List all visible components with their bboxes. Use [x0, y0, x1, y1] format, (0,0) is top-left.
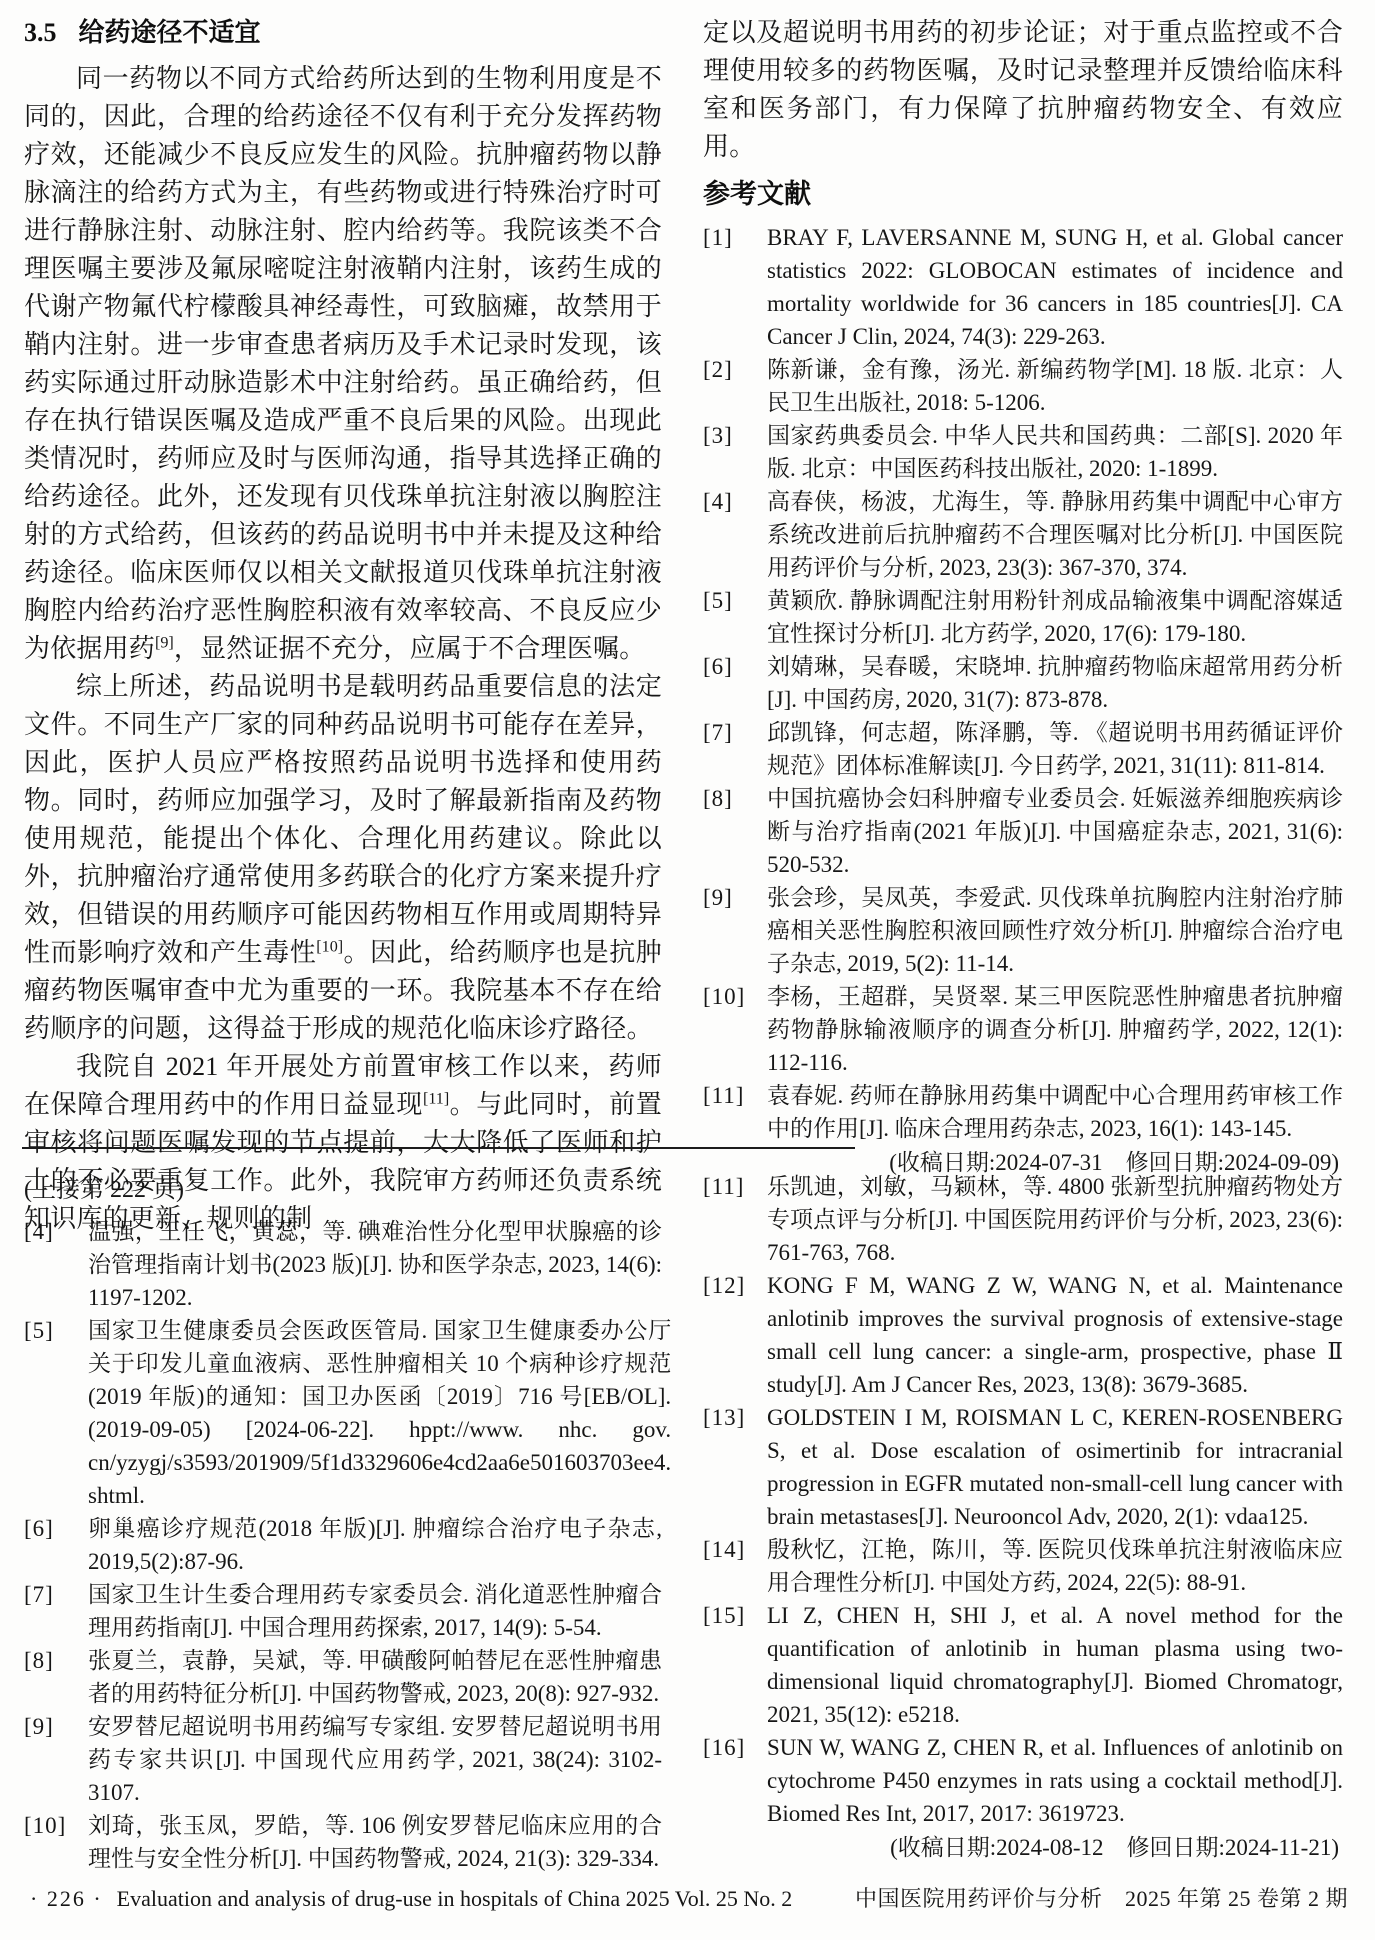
reference-number: [7] — [24, 1578, 88, 1611]
reference-item: [10]刘琦，张玉凤，罗皓，等. 106 例安罗替尼临床应用的合理性与安全性分析… — [24, 1809, 662, 1875]
reference-number: [1] — [703, 221, 767, 254]
reference-text: 李杨，王超群，吴贤翠. 某三甲医院恶性肿瘤患者抗肿瘤药物静脉输液顺序的调查分析[… — [767, 980, 1343, 1079]
reference-number: [5] — [703, 584, 767, 617]
body-paragraph: 综上所述，药品说明书是载明药品重要信息的法定文件。不同生产厂家的同种药品说明书可… — [24, 668, 662, 1048]
reference-text: KONG F M, WANG Z W, WANG N, et al. Maint… — [767, 1269, 1343, 1401]
reference-number: [16] — [703, 1731, 767, 1764]
reference-text: 刘琦，张玉凤，罗皓，等. 106 例安罗替尼临床应用的合理性与安全性分析[J].… — [88, 1809, 662, 1875]
chinese-running-title: 中国医院用药评价与分析 2025 年第 25 卷第 2 期 — [855, 1884, 1348, 1914]
reference-text: LI Z, CHEN H, SHI J, et al. A novel meth… — [767, 1599, 1343, 1731]
references-list: [1]BRAY F, LAVERSANNE M, SUNG H, et al. … — [703, 221, 1343, 1145]
reference-text: 国家卫生健康委员会医政医管局. 国家卫生健康委办公厅关于印发儿童血液病、恶性肿瘤… — [88, 1314, 671, 1512]
reference-item: [11]乐凯迪，刘敏，马颖林，等. 4800 张新型抗肿瘤药物处方专项点评与分析… — [703, 1170, 1343, 1269]
section-number: 3.5 — [24, 18, 57, 47]
reference-text: 刘婧琳，吴春暖，宋晓坤. 抗肿瘤药物临床超常用药分析[J]. 中国药房, 202… — [767, 650, 1343, 716]
continued-from-note: (上接第 222 页) — [24, 1172, 662, 1208]
reference-number: [11] — [703, 1170, 767, 1203]
footer-left: · 226 ·Evaluation and analysis of drug-u… — [30, 1884, 792, 1914]
reference-item: [6]卵巢癌诊疗规范(2018 年版)[J]. 肿瘤综合治疗电子杂志, 2019… — [24, 1512, 662, 1578]
body-paragraph: 同一药物以不同方式给药所达到的生物利用度是不同的，因此，合理的给药途径不仅有利于… — [24, 60, 662, 668]
reference-text: 国家药典委员会. 中华人民共和国药典：二部[S]. 2020 年版. 北京：中国… — [767, 419, 1343, 485]
reference-item: [6]刘婧琳，吴春暖，宋晓坤. 抗肿瘤药物临床超常用药分析[J]. 中国药房, … — [703, 650, 1343, 716]
reference-text: GOLDSTEIN I M, ROISMAN L C, KEREN-ROSENB… — [767, 1401, 1343, 1533]
article-overflow-paragraph: 定以及超说明书用药的初步论证；对于重点监控或不合理使用较多的药物医嘱，及时记录整… — [703, 14, 1343, 166]
reference-item: [14]殷秋忆，江艳，陈川，等. 医院贝伐珠单抗注射液临床应用合理性分析[J].… — [703, 1533, 1343, 1599]
reference-number: [10] — [703, 980, 767, 1013]
reference-item: [5]黄颖欣. 静脉调配注射用粉针剂成品输液集中调配溶媒适宜性探讨分析[J]. … — [703, 584, 1343, 650]
reference-number: [8] — [703, 782, 767, 815]
reference-number: [3] — [703, 419, 767, 452]
reference-item: [4]温强，王任飞，黄蕊，等. 碘难治性分化型甲状腺癌的诊治管理指南计划书(20… — [24, 1215, 662, 1314]
reference-number: [9] — [24, 1710, 88, 1743]
reference-item: [10]李杨，王超群，吴贤翠. 某三甲医院恶性肿瘤患者抗肿瘤药物静脉输液顺序的调… — [703, 980, 1343, 1079]
reference-text: BRAY F, LAVERSANNE M, SUNG H, et al. Glo… — [767, 221, 1343, 353]
reference-text: 卵巢癌诊疗规范(2018 年版)[J]. 肿瘤综合治疗电子杂志, 2019,5(… — [88, 1512, 662, 1578]
reference-text: 袁春妮. 药师在静脉用药集中调配中心合理用药审核工作中的作用[J]. 临床合理用… — [767, 1079, 1343, 1145]
references-heading: 参考文献 — [703, 174, 1343, 214]
reference-item: [2]陈新谦，金有豫，汤光. 新编药物学[M]. 18 版. 北京：人民卫生出版… — [703, 353, 1343, 419]
page-footer: · 226 ·Evaluation and analysis of drug-u… — [30, 1884, 1348, 1914]
continued-received-revised-dates: (收稿日期:2024-08-12 修回日期:2024-11-21) — [703, 1831, 1343, 1865]
reference-text: 张会珍，吴凤英，李爱武. 贝伐珠单抗胸腔内注射治疗肺癌相关恶性胸腔积液回顾性疗效… — [767, 881, 1343, 980]
reference-item: [4]高春侠，杨波，尤海生，等. 静脉用药集中调配中心审方系统改进前后抗肿瘤药不… — [703, 485, 1343, 584]
continued-references-right: [11]乐凯迪，刘敏，马颖林，等. 4800 张新型抗肿瘤药物处方专项点评与分析… — [703, 1170, 1343, 1830]
continued-right-column: [11]乐凯迪，刘敏，马颖林，等. 4800 张新型抗肿瘤药物处方专项点评与分析… — [703, 1170, 1343, 1865]
reference-text: 黄颖欣. 静脉调配注射用粉针剂成品输液集中调配溶媒适宜性探讨分析[J]. 北方药… — [767, 584, 1343, 650]
reference-number: [6] — [703, 650, 767, 683]
reference-item: [11]袁春妮. 药师在静脉用药集中调配中心合理用药审核工作中的作用[J]. 临… — [703, 1079, 1343, 1145]
reference-number: [2] — [703, 353, 767, 386]
section-heading: 3.5给药途径不适宜 — [24, 14, 662, 51]
journal-page: 3.5给药途径不适宜 同一药物以不同方式给药所达到的生物利用度是不同的，因此，合… — [0, 0, 1375, 1940]
english-running-title: Evaluation and analysis of drug-use in h… — [117, 1886, 793, 1911]
reference-number: [10] — [24, 1809, 88, 1842]
reference-number: [4] — [703, 485, 767, 518]
reference-item: [12]KONG F M, WANG Z W, WANG N, et al. M… — [703, 1269, 1343, 1401]
reference-text: 邱凯锋，何志超，陈泽鹏，等. 《超说明书用药循证评价规范》团体标准解读[J]. … — [767, 716, 1343, 782]
reference-item: [9]张会珍，吴凤英，李爱武. 贝伐珠单抗胸腔内注射治疗肺癌相关恶性胸腔积液回顾… — [703, 881, 1343, 980]
reference-number: [7] — [703, 716, 767, 749]
article-right-column: 定以及超说明书用药的初步论证；对于重点监控或不合理使用较多的药物医嘱，及时记录整… — [703, 14, 1343, 1180]
reference-text: 国家卫生计生委合理用药专家委员会. 消化道恶性肿瘤合理用药指南[J]. 中国合理… — [88, 1578, 662, 1644]
reference-item: [16]SUN W, WANG Z, CHEN R, et al. Influe… — [703, 1731, 1343, 1830]
continued-left-column: (上接第 222 页) [4]温强，王任飞，黄蕊，等. 碘难治性分化型甲状腺癌的… — [24, 1172, 662, 1875]
reference-text: SUN W, WANG Z, CHEN R, et al. Influences… — [767, 1731, 1343, 1830]
reference-item: [9]安罗替尼超说明书用药编写专家组. 安罗替尼超说明书用药专家共识[J]. 中… — [24, 1710, 662, 1809]
reference-item: [15]LI Z, CHEN H, SHI J, et al. A novel … — [703, 1599, 1343, 1731]
reference-text: 陈新谦，金有豫，汤光. 新编药物学[M]. 18 版. 北京：人民卫生出版社, … — [767, 353, 1343, 419]
reference-item: [1]BRAY F, LAVERSANNE M, SUNG H, et al. … — [703, 221, 1343, 353]
reference-number: [14] — [703, 1533, 767, 1566]
reference-text: 高春侠，杨波，尤海生，等. 静脉用药集中调配中心审方系统改进前后抗肿瘤药不合理医… — [767, 485, 1343, 584]
reference-number: [4] — [24, 1215, 88, 1248]
article-left-column: 3.5给药途径不适宜 同一药物以不同方式给药所达到的生物利用度是不同的，因此，合… — [24, 14, 662, 1238]
reference-text: 殷秋忆，江艳，陈川，等. 医院贝伐珠单抗注射液临床应用合理性分析[J]. 中国处… — [767, 1533, 1343, 1599]
reference-item: [13]GOLDSTEIN I M, ROISMAN L C, KEREN-RO… — [703, 1401, 1343, 1533]
reference-item: [5]国家卫生健康委员会医政医管局. 国家卫生健康委办公厅关于印发儿童血液病、恶… — [24, 1314, 662, 1512]
reference-item: [8]中国抗癌协会妇科肿瘤专业委员会. 妊娠滋养细胞疾病诊断与治疗指南(2021… — [703, 782, 1343, 881]
reference-number: [13] — [703, 1401, 767, 1434]
reference-text: 安罗替尼超说明书用药编写专家组. 安罗替尼超说明书用药专家共识[J]. 中国现代… — [88, 1710, 662, 1809]
section-title: 给药途径不适宜 — [79, 17, 261, 47]
reference-number: [9] — [703, 881, 767, 914]
reference-text: 乐凯迪，刘敏，马颖林，等. 4800 张新型抗肿瘤药物处方专项点评与分析[J].… — [767, 1170, 1343, 1269]
reference-number: [11] — [703, 1079, 767, 1112]
continued-references-left: [4]温强，王任飞，黄蕊，等. 碘难治性分化型甲状腺癌的诊治管理指南计划书(20… — [24, 1215, 662, 1875]
reference-text: 温强，王任飞，黄蕊，等. 碘难治性分化型甲状腺癌的诊治管理指南计划书(2023 … — [88, 1215, 662, 1314]
reference-item: [8]张夏兰，袁静，吴斌，等. 甲磺酸阿帕替尼在恶性肿瘤患者的用药特征分析[J]… — [24, 1644, 662, 1710]
reference-item: [3]国家药典委员会. 中华人民共和国药典：二部[S]. 2020 年版. 北京… — [703, 419, 1343, 485]
reference-text: 张夏兰，袁静，吴斌，等. 甲磺酸阿帕替尼在恶性肿瘤患者的用药特征分析[J]. 中… — [88, 1644, 662, 1710]
reference-number: [5] — [24, 1314, 88, 1347]
reference-item: [7]国家卫生计生委合理用药专家委员会. 消化道恶性肿瘤合理用药指南[J]. 中… — [24, 1578, 662, 1644]
article-body-paragraphs: 同一药物以不同方式给药所达到的生物利用度是不同的，因此，合理的给药途径不仅有利于… — [24, 60, 662, 1238]
reference-number: [15] — [703, 1599, 767, 1632]
reference-number: [8] — [24, 1644, 88, 1677]
section-divider — [22, 1147, 855, 1149]
reference-number: [12] — [703, 1269, 767, 1302]
page-number: · 226 · — [30, 1886, 103, 1911]
reference-number: [6] — [24, 1512, 88, 1545]
reference-text: 中国抗癌协会妇科肿瘤专业委员会. 妊娠滋养细胞疾病诊断与治疗指南(2021 年版… — [767, 782, 1343, 881]
reference-item: [7]邱凯锋，何志超，陈泽鹏，等. 《超说明书用药循证评价规范》团体标准解读[J… — [703, 716, 1343, 782]
